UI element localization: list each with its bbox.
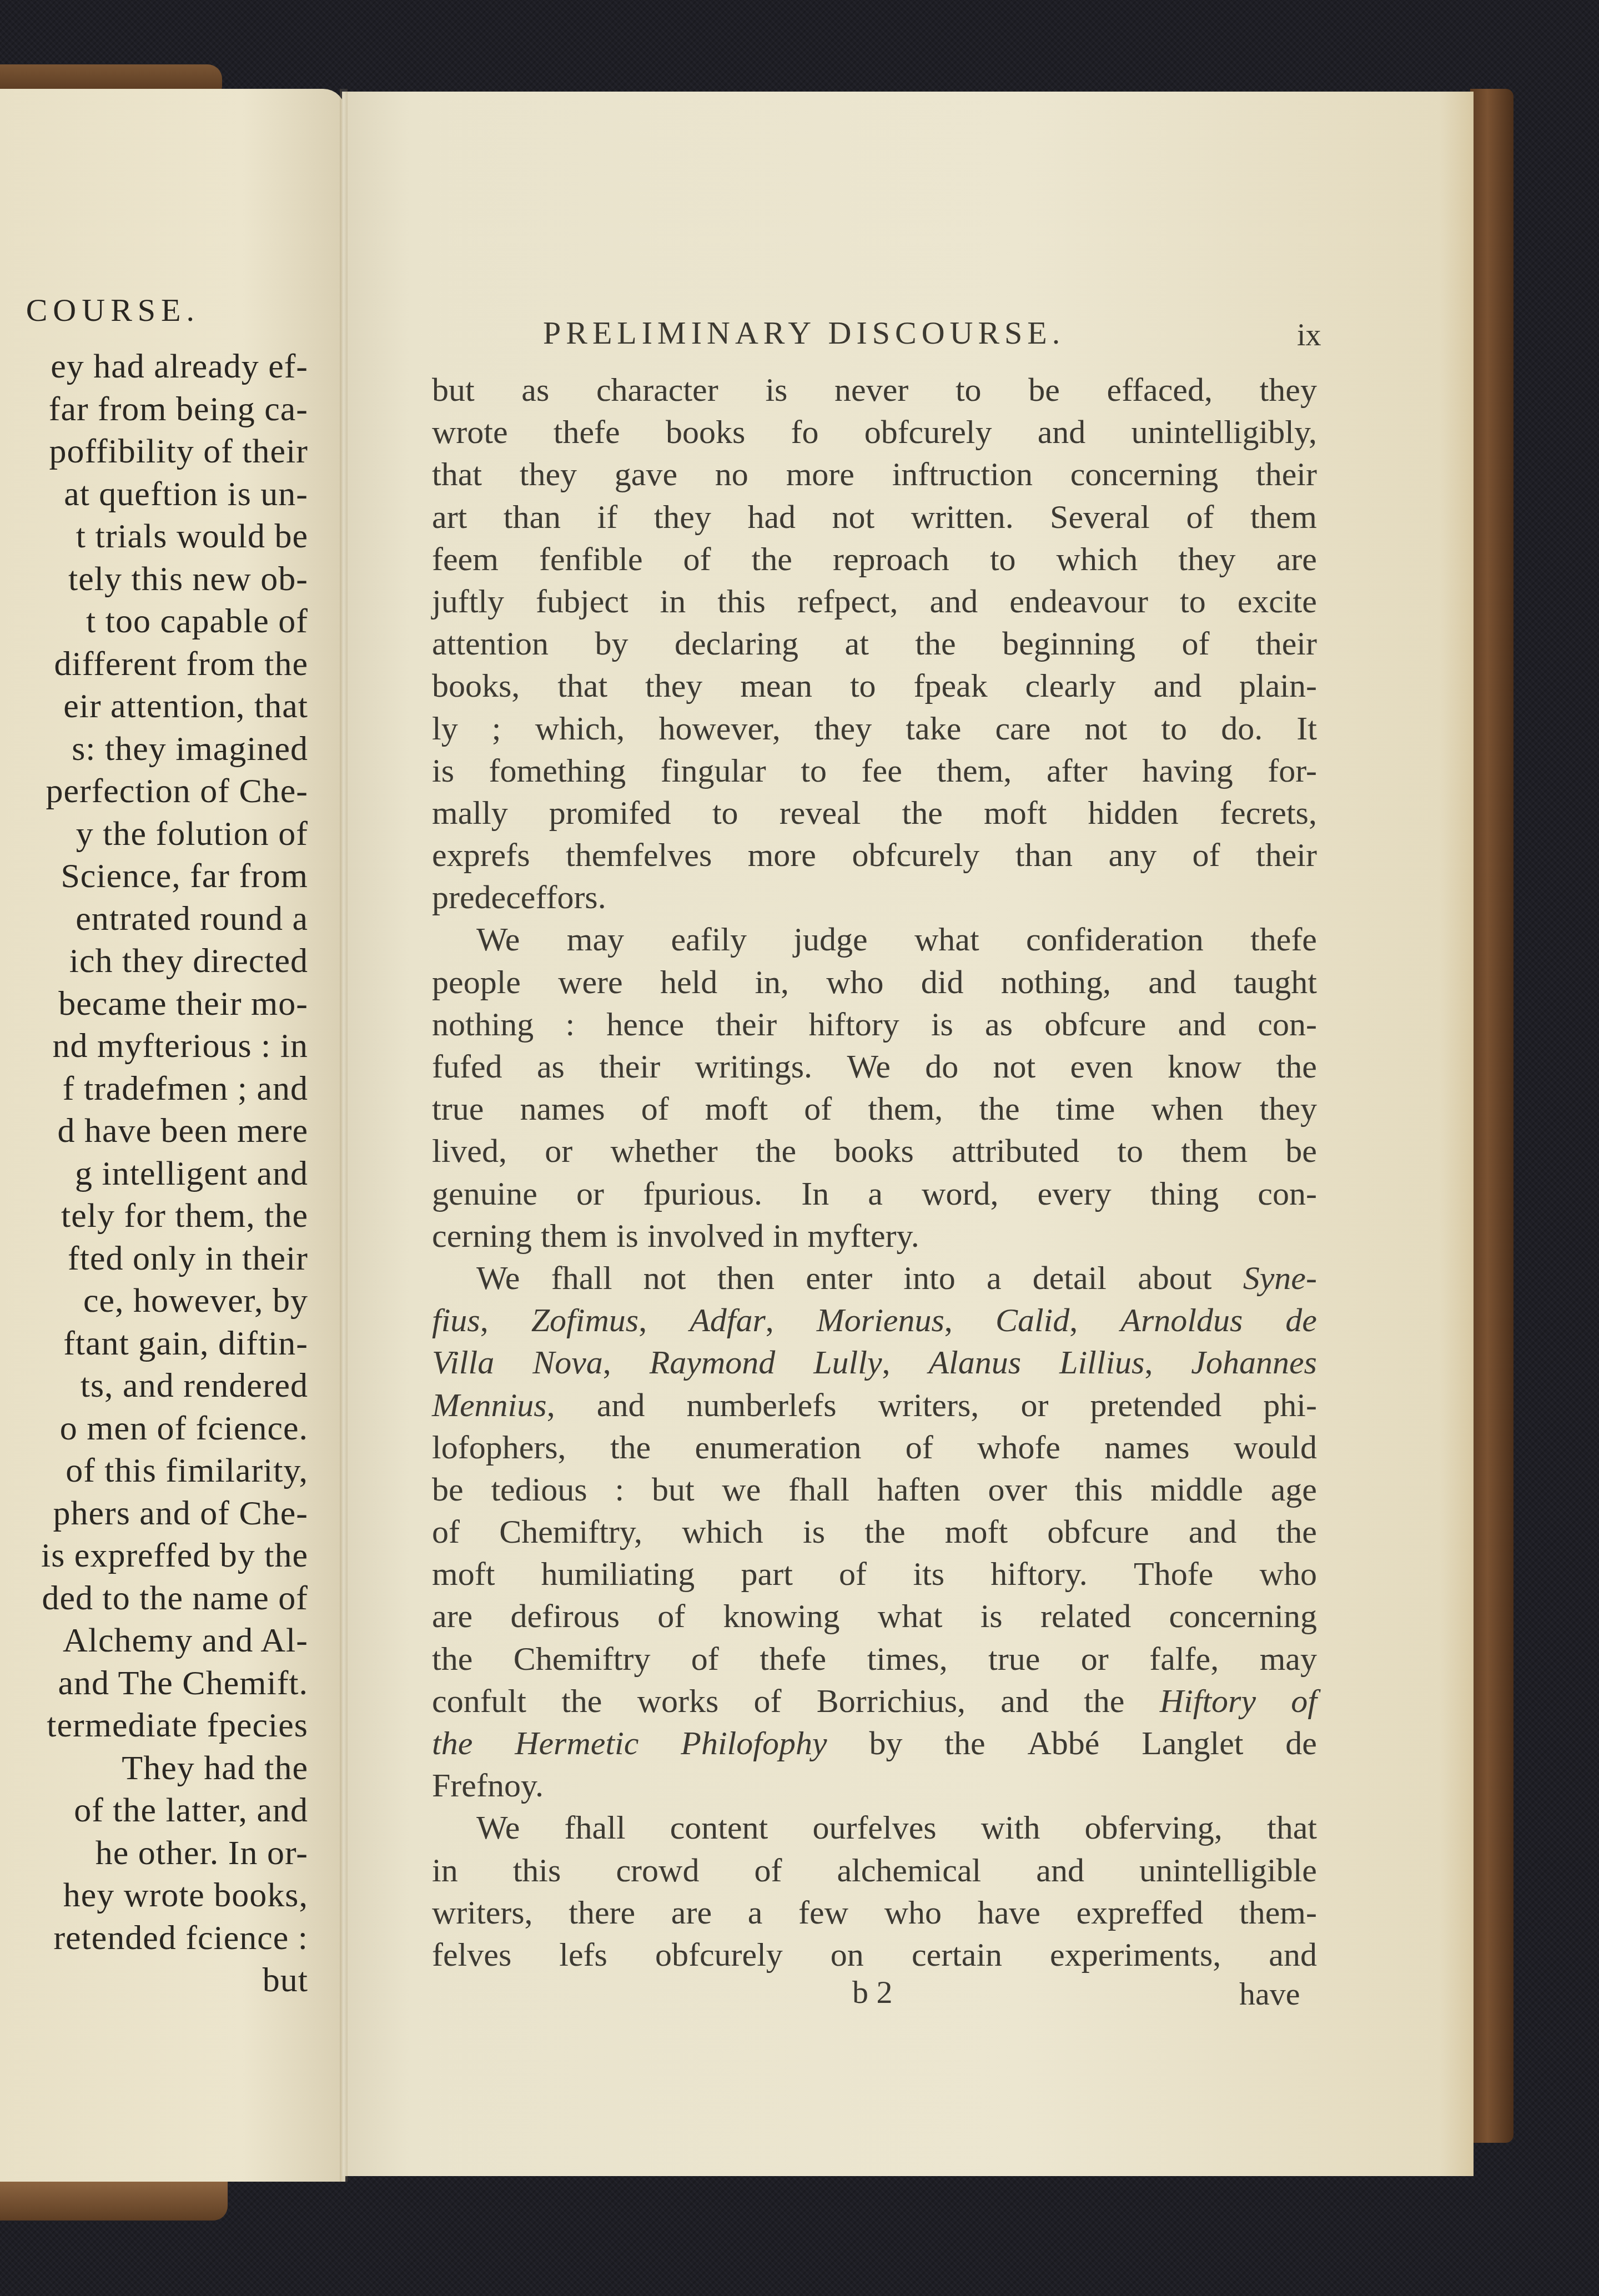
text-line: artthaniftheyhadnotwritten.Severalofthem: [432, 496, 1317, 538]
word: if: [597, 496, 618, 538]
word: books,: [432, 664, 520, 707]
page-number: ix: [1297, 318, 1321, 353]
text-line: and The Chemift.: [0, 1662, 308, 1705]
text-line: attentionbydeclaringatthebeginningofthei…: [432, 622, 1317, 664]
text-line: fufedastheirwritings.Wedonotevenknowthe: [432, 1045, 1317, 1087]
text-line: phers and of Che-: [0, 1492, 308, 1535]
text-line: but: [0, 1959, 308, 2002]
word: to: [801, 749, 827, 792]
word: promifed: [549, 792, 671, 834]
text-line: peoplewereheldin,whodidnothing,andtaught: [432, 961, 1317, 1003]
word: this: [1075, 1468, 1123, 1510]
text-line: exprefsthemfelvesmoreobfcurelythananyoft…: [432, 834, 1317, 876]
word: Syne-: [1243, 1257, 1317, 1299]
word: to: [712, 792, 738, 834]
word: Thofe: [1134, 1553, 1213, 1595]
word: people: [432, 961, 521, 1003]
word: there: [569, 1891, 635, 1934]
word: Frefnoy.: [432, 1764, 544, 1806]
text-line: ce, however, by: [0, 1280, 308, 1322]
word: the: [902, 792, 943, 834]
text-line: fius,Zofimus,Adfar,Morienus,Calid,Arnold…: [432, 1299, 1317, 1341]
text-line: poffibility of their: [0, 430, 308, 473]
word: books: [666, 411, 745, 453]
word: they: [1178, 538, 1235, 580]
word: in: [773, 1215, 799, 1257]
word: Raymond: [650, 1341, 776, 1383]
text-line: ey had already ef-: [0, 345, 308, 388]
text-line: truenamesofmoftofthem,thetimewhenthey: [432, 1087, 1317, 1130]
word: take: [906, 707, 961, 749]
text-line: nd myfterious : in: [0, 1025, 308, 1068]
word: in,: [755, 961, 789, 1003]
word: are: [1276, 538, 1317, 580]
word: would: [1234, 1426, 1317, 1468]
text-line: mallypromifedtorevealthemofthiddenfecret…: [432, 792, 1317, 834]
word: art: [432, 496, 467, 538]
text-line: o men of fcience.: [0, 1407, 308, 1450]
book-cover-leather-right-edge: [1470, 89, 1513, 2143]
text-line: of the latter, and: [0, 1789, 308, 1832]
word: exprefs: [432, 834, 530, 876]
word: true: [432, 1087, 484, 1130]
word: whether: [610, 1130, 717, 1172]
text-line: t trials would be: [0, 515, 308, 558]
word: are: [432, 1595, 472, 1637]
word: judge: [793, 918, 867, 960]
word: the: [1276, 1045, 1317, 1087]
word: de: [1285, 1299, 1317, 1341]
word: of: [1291, 1680, 1317, 1722]
word: when: [1152, 1087, 1224, 1130]
text-line: fted only in their: [0, 1237, 308, 1280]
text-line: genuineorfpurious.Inaword,everythingcon-: [432, 1172, 1317, 1215]
word: that: [1267, 1806, 1317, 1849]
word: them-: [1239, 1891, 1317, 1934]
word: :: [615, 1468, 624, 1510]
word: Arnoldus: [1120, 1299, 1243, 1341]
word: of: [1193, 834, 1220, 876]
word: lived,: [432, 1130, 507, 1172]
word: not: [993, 1045, 1035, 1087]
word: we: [722, 1468, 761, 1510]
word: Adfar,: [690, 1299, 774, 1341]
word: of: [691, 1638, 719, 1680]
word: of: [1186, 496, 1214, 538]
text-line: termediate fpecies: [0, 1704, 308, 1747]
text-line: thattheygavenomoreinftructionconcerningt…: [432, 453, 1317, 495]
left-page-text: ey had already ef-far from being ca-poff…: [0, 345, 308, 2002]
word: fhall: [788, 1468, 849, 1510]
word: as: [521, 369, 549, 411]
word: care: [995, 707, 1050, 749]
signature-mark: b 2: [852, 1973, 893, 2011]
word: however,: [659, 707, 781, 749]
word: them,: [937, 749, 1012, 792]
word: inftruction: [892, 453, 1033, 495]
word: involved: [647, 1215, 764, 1257]
word: humiliating: [541, 1553, 695, 1595]
text-line: nothing:hencetheirhiftoryisasobfcureandc…: [432, 1003, 1317, 1045]
word: lefs: [559, 1934, 607, 1976]
word: reveal: [780, 792, 861, 834]
word: mean: [740, 664, 812, 707]
word: hiftory.: [990, 1553, 1087, 1595]
word: is: [765, 369, 787, 411]
word: to: [1180, 580, 1206, 622]
text-line: is expreffed by the: [0, 1534, 308, 1577]
word: not: [832, 496, 875, 538]
word: they: [1260, 1087, 1317, 1130]
word: content: [670, 1806, 768, 1849]
word: what: [878, 1595, 943, 1637]
word: Abbé: [1027, 1722, 1099, 1764]
text-line: f tradefmen ; and: [0, 1068, 308, 1110]
word: to: [1117, 1130, 1143, 1172]
word: Chemiftry,: [499, 1510, 642, 1553]
word: the: [1084, 1680, 1124, 1722]
word: who: [1260, 1553, 1317, 1595]
word: who: [826, 961, 883, 1003]
word: had: [747, 496, 796, 538]
catchword: have: [1239, 1975, 1300, 2012]
text-line: cerningthemisinvolvedinmyftery.: [432, 1215, 1317, 1257]
word: haften: [877, 1468, 961, 1510]
word: the: [979, 1087, 1019, 1130]
word: or: [1081, 1638, 1109, 1680]
right-page-text: butascharacterisnevertobeeffaced,theywro…: [432, 369, 1317, 1976]
word: Lully,: [813, 1341, 890, 1383]
word: obfcure: [1047, 1510, 1149, 1553]
word: even: [1070, 1045, 1133, 1087]
word: them,: [868, 1087, 943, 1130]
word: and: [1036, 1849, 1084, 1891]
word: fenfible: [539, 538, 643, 580]
word: nothing: [432, 1003, 534, 1045]
word: con-: [1258, 1003, 1317, 1045]
word: character: [596, 369, 718, 411]
word: their: [1256, 834, 1317, 876]
word: times,: [867, 1638, 948, 1680]
word: which,: [535, 707, 625, 749]
word: Villa: [432, 1341, 494, 1383]
word: moft: [432, 1553, 495, 1595]
word: con-: [1258, 1172, 1317, 1215]
text-line: butascharacterisnevertobeeffaced,they: [432, 369, 1317, 411]
word: they: [654, 496, 711, 538]
word: them: [1250, 496, 1317, 538]
word: they: [645, 664, 702, 707]
word: as: [985, 1003, 1013, 1045]
word: is: [432, 749, 454, 792]
word: numberlefs: [687, 1384, 837, 1426]
word: thefe: [1250, 918, 1317, 960]
text-line: predeceffors.: [432, 876, 1317, 918]
word: Philofophy: [681, 1722, 827, 1764]
word: expreffed: [1077, 1891, 1204, 1934]
text-line: WefhallnotthenenterintoadetailaboutSyne-: [432, 1257, 1317, 1299]
text-line: ts, and rendered: [0, 1364, 308, 1407]
word: feem: [432, 538, 499, 580]
word: to: [956, 369, 982, 411]
word: endeavour: [1009, 580, 1148, 622]
word: :: [565, 1003, 575, 1045]
left-running-head: COURSE.: [26, 291, 200, 329]
word: may: [1260, 1638, 1317, 1680]
word: on: [831, 1934, 864, 1976]
word: and: [1189, 1510, 1237, 1553]
word: names: [520, 1087, 605, 1130]
word: Chemiftry: [514, 1638, 651, 1680]
word: pretended: [1090, 1384, 1222, 1426]
word: in: [432, 1849, 458, 1891]
word: the: [944, 1722, 985, 1764]
word: but: [652, 1468, 695, 1510]
word: related: [1040, 1595, 1131, 1637]
word: falfe,: [1149, 1638, 1219, 1680]
word: Calid,: [995, 1299, 1078, 1341]
word: ;: [492, 707, 501, 749]
word: writers,: [878, 1384, 979, 1426]
text-line: Science, far from: [0, 855, 308, 898]
word: eafily: [671, 918, 747, 960]
text-line: y the folution of: [0, 813, 308, 855]
word: into: [903, 1257, 955, 1299]
word: nothing,: [1001, 961, 1111, 1003]
word: beginning: [1002, 622, 1135, 664]
word: the: [561, 1680, 602, 1722]
word: that: [557, 664, 607, 707]
word: be: [432, 1468, 464, 1510]
word: by: [869, 1722, 902, 1764]
text-line: Wefhallcontentourfelveswithobferving,tha…: [432, 1806, 1317, 1849]
word: a: [987, 1257, 1002, 1299]
word: of: [1182, 622, 1210, 664]
book-cover-leather-bottom: [0, 2182, 228, 2221]
text-line: Alchemy and Al-: [0, 1619, 308, 1662]
word: age: [1271, 1468, 1317, 1510]
word: of: [804, 1087, 832, 1130]
word: tedious: [491, 1468, 587, 1510]
word: who: [884, 1891, 942, 1934]
word: lofophers,: [432, 1426, 566, 1468]
word: Borrichius,: [817, 1680, 966, 1722]
word: unintelligibly,: [1132, 411, 1317, 453]
word: writings.: [695, 1045, 812, 1087]
word: ly: [432, 707, 458, 749]
text-line: Frefnoy.: [432, 1764, 1317, 1806]
word: as: [537, 1045, 565, 1087]
word: moft: [705, 1087, 768, 1130]
word: any: [1109, 834, 1157, 876]
word: fingular: [661, 749, 766, 792]
text-line: betedious:butwefhallhaftenoverthismiddle…: [432, 1468, 1317, 1510]
word: over: [988, 1468, 1047, 1510]
word: enter: [806, 1257, 872, 1299]
word: and: [1269, 1934, 1317, 1976]
word: to: [1161, 707, 1187, 749]
word: of: [906, 1426, 933, 1468]
word: and: [1148, 961, 1196, 1003]
text-line: Wemayeafilyjudgewhatconfiderationthefe: [432, 918, 1317, 960]
word: taught: [1234, 961, 1317, 1003]
word: the: [864, 1510, 905, 1553]
word: of: [683, 538, 711, 580]
word: their: [1256, 453, 1317, 495]
word: the: [1276, 1510, 1317, 1553]
word: In: [801, 1172, 829, 1215]
word: of: [432, 1510, 460, 1553]
word: written.: [911, 496, 1014, 538]
text-line: tely for them, the: [0, 1195, 308, 1237]
word: and: [1154, 664, 1202, 707]
word: concerning: [1070, 453, 1219, 495]
word: they: [520, 453, 577, 495]
word: and: [930, 580, 978, 622]
text-line: theChemiftryofthefetimes,trueorfalfe,may: [432, 1638, 1317, 1680]
word: this: [513, 1849, 561, 1891]
word: refpect,: [797, 580, 898, 622]
word: every: [1038, 1172, 1112, 1215]
text-line: juftlyfubjectinthisrefpect,andendeavourt…: [432, 580, 1317, 622]
word: cerning: [432, 1215, 532, 1257]
text-line: wrotethefebooksfoobfcurelyandunintelligi…: [432, 411, 1317, 453]
word: never: [834, 369, 908, 411]
word: after: [1047, 749, 1108, 792]
word: fhall: [551, 1257, 612, 1299]
text-line: Mennius,andnumberlefswriters,orpretended…: [432, 1384, 1317, 1426]
word: its: [913, 1553, 944, 1595]
word: few: [798, 1891, 848, 1934]
word: which: [1057, 538, 1138, 580]
word: to: [850, 664, 876, 707]
word: crowd: [616, 1849, 699, 1891]
word: felves: [432, 1934, 511, 1976]
word: having: [1142, 749, 1233, 792]
text-line: books,thattheymeantofpeakclearlyandplain…: [432, 664, 1317, 707]
word: know: [1168, 1045, 1241, 1087]
text-line: isfomethingfingulartofeethem,afterhaving…: [432, 749, 1317, 792]
word: them: [1181, 1130, 1248, 1172]
word: no: [715, 453, 748, 495]
text-line: perfection of Che-: [0, 770, 308, 813]
text-line: s: they imagined: [0, 728, 308, 771]
word: Johannes: [1191, 1341, 1317, 1383]
word: Langlet: [1142, 1722, 1243, 1764]
text-line: felveslefsobfcurelyoncertainexperiments,…: [432, 1934, 1317, 1976]
word: experiments,: [1050, 1934, 1221, 1976]
word: what: [914, 918, 979, 960]
word: they: [814, 707, 872, 749]
word: or: [1020, 1384, 1048, 1426]
word: hiftory: [808, 1003, 899, 1045]
word: obferving,: [1085, 1806, 1223, 1849]
word: or: [576, 1172, 604, 1215]
word: declaring: [675, 622, 798, 664]
word: this: [717, 580, 766, 622]
word: more: [748, 834, 816, 876]
word: is: [931, 1003, 953, 1045]
word: the: [610, 1426, 651, 1468]
word: fubject: [536, 580, 628, 622]
word: moft: [984, 792, 1047, 834]
text-line: They had the: [0, 1747, 308, 1790]
text-line: mofthumiliatingpartofitshiftory.Thofewho: [432, 1553, 1317, 1595]
word: fomething: [489, 749, 626, 792]
word: knowing: [723, 1595, 840, 1637]
word: fpurious.: [643, 1172, 762, 1215]
word: with: [981, 1806, 1040, 1849]
text-line: he other. In or-: [0, 1832, 308, 1875]
word: a: [748, 1891, 763, 1934]
text-line: aredefirousofknowingwhatisrelatedconcern…: [432, 1595, 1317, 1637]
word: not: [643, 1257, 686, 1299]
word: of: [754, 1680, 782, 1722]
word: part: [741, 1553, 793, 1595]
word: about: [1138, 1257, 1211, 1299]
word: Mennius,: [432, 1384, 555, 1426]
word: to: [990, 538, 1016, 580]
word: but: [432, 369, 475, 411]
word: thefe: [760, 1638, 826, 1680]
word: be: [1028, 369, 1060, 411]
word: We: [847, 1045, 890, 1087]
text-line: of this fimilarity,: [0, 1449, 308, 1492]
word: fhall: [565, 1806, 626, 1849]
word: obfcurely: [655, 1934, 783, 1976]
word: fufed: [432, 1045, 502, 1087]
word: effaced,: [1107, 369, 1213, 411]
word: than: [1015, 834, 1073, 876]
word: their: [599, 1045, 660, 1087]
word: concerning: [1169, 1595, 1317, 1637]
text-line: entrated round a: [0, 898, 308, 940]
word: writers,: [432, 1891, 533, 1934]
word: for-: [1268, 749, 1317, 792]
word: a: [868, 1172, 883, 1215]
word: It: [1296, 707, 1317, 749]
book-gutter: [340, 89, 348, 2182]
word: true: [988, 1638, 1040, 1680]
word: did: [921, 961, 964, 1003]
word: by: [595, 622, 628, 664]
word: enumeration: [695, 1426, 862, 1468]
word: of: [657, 1595, 685, 1637]
word: obfcure: [1044, 1003, 1146, 1045]
word: do.: [1221, 707, 1263, 749]
text-line: g intelligent and: [0, 1152, 308, 1195]
text-line: d have been mere: [0, 1110, 308, 1152]
word: defirous: [510, 1595, 620, 1637]
text-line: VillaNova,RaymondLully,AlanusLillius,Joh…: [432, 1341, 1317, 1383]
word: Several: [1050, 496, 1150, 538]
word: is: [980, 1595, 1003, 1637]
word: may: [567, 918, 624, 960]
word: fecrets,: [1220, 792, 1317, 834]
word: then: [717, 1257, 775, 1299]
word: at: [845, 622, 869, 664]
word: names: [1104, 1426, 1189, 1468]
word: mally: [432, 792, 508, 834]
word: fius,: [432, 1299, 489, 1341]
word: excite: [1238, 580, 1317, 622]
word: in: [660, 580, 686, 622]
word: not: [1084, 707, 1127, 749]
word: moft: [945, 1510, 1008, 1553]
text-line: far from being ca-: [0, 388, 308, 431]
word: We: [476, 1257, 520, 1299]
word: Zofimus,: [531, 1299, 647, 1341]
